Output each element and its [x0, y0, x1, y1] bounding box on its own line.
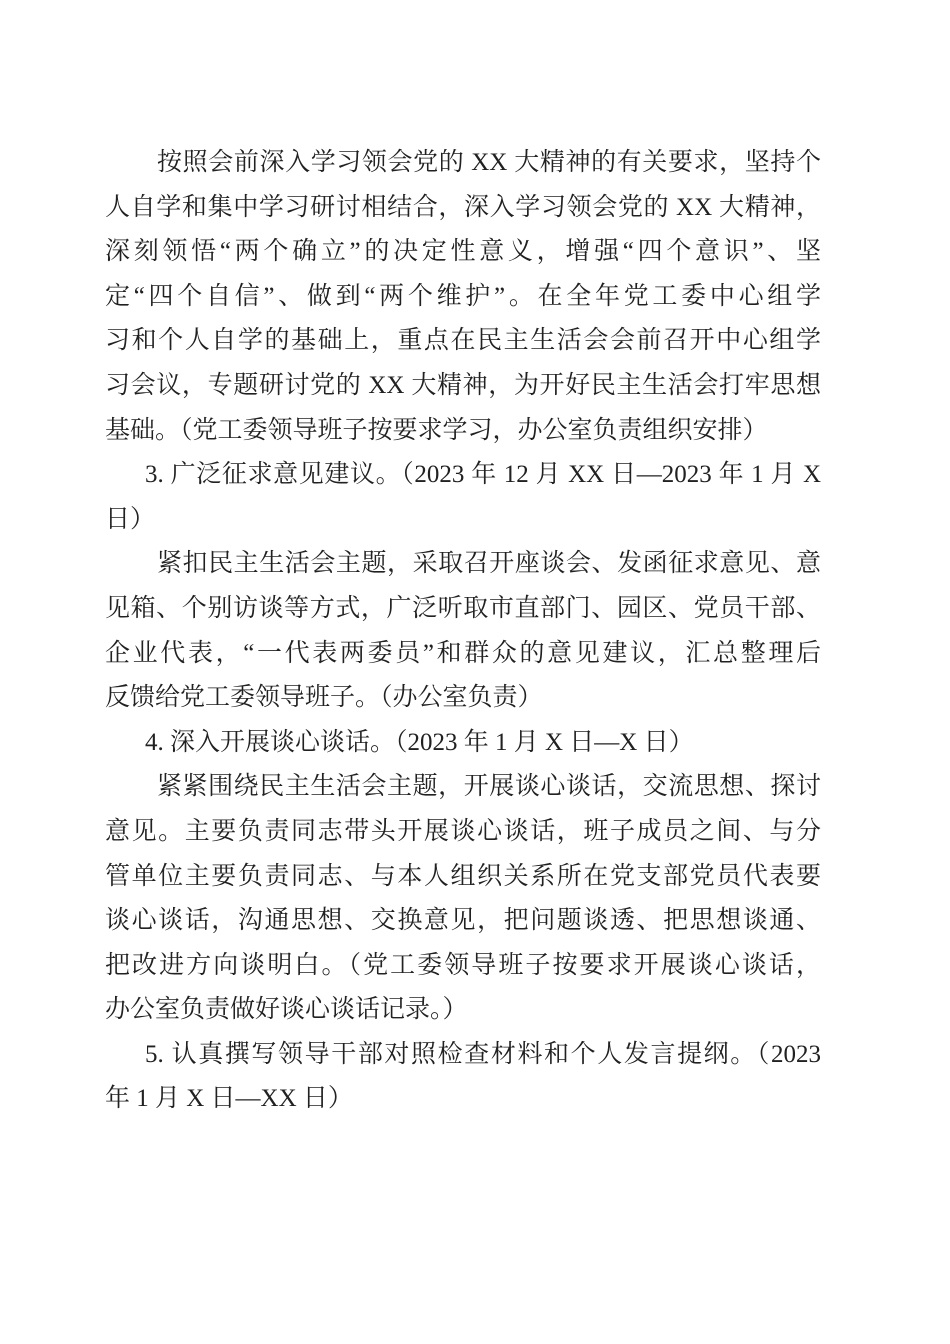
paragraph: 按照会前深入学习领会党的 XX 大精神的有关要求，坚持个人自学和集中学习研讨相结… — [105, 141, 821, 453]
text-line: 基础。（党工委领导班子按要求学习，办公室负责组织安排） — [105, 409, 821, 454]
text-line: 按照会前深入学习领会党的 XX 大精神的有关要求，坚持个 — [105, 141, 821, 186]
text-line: 深刻领悟“两个确立”的决定性意义，增强“四个意识”、坚 — [105, 230, 821, 275]
text-line: 日） — [105, 498, 821, 543]
paragraph: 4. 深入开展谈心谈话。（2023 年 1 月 X 日—X 日） — [105, 721, 821, 766]
text-line: 习会议，专题研讨党的 XX 大精神，为开好民主生活会打牢思想 — [105, 364, 821, 409]
text-line: 办公室负责做好谈心谈话记录。） — [105, 988, 821, 1033]
text-line: 管单位主要负责同志、与本人组织关系所在党支部党员代表要 — [105, 855, 821, 900]
text-line: 企业代表，“一代表两委员”和群众的意见建议，汇总整理后 — [105, 632, 821, 677]
text-line: 习和个人自学的基础上，重点在民主生活会会前召开中心组学 — [105, 319, 821, 364]
text-line: 把改进方向谈明白。（党工委领导班子按要求开展谈心谈话， — [105, 944, 821, 989]
paragraph: 紧扣民主生活会主题，采取召开座谈会、发函征求意见、意见箱、个别访谈等方式，广泛听… — [105, 542, 821, 720]
text-line: 紧扣民主生活会主题，采取召开座谈会、发函征求意见、意 — [105, 542, 821, 587]
page-background: 按照会前深入学习领会党的 XX 大精神的有关要求，坚持个人自学和集中学习研讨相结… — [0, 0, 950, 1344]
document-content: 按照会前深入学习领会党的 XX 大精神的有关要求，坚持个人自学和集中学习研讨相结… — [105, 141, 821, 1122]
text-line: 紧紧围绕民主生活会主题，开展谈心谈话，交流思想、探讨 — [105, 765, 821, 810]
text-line: 见箱、个别访谈等方式，广泛听取市直部门、园区、党员干部、 — [105, 587, 821, 632]
text-line: 3. 广泛征求意见建议。（2023 年 12 月 XX 日—2023 年 1 月… — [105, 453, 821, 498]
paragraph: 3. 广泛征求意见建议。（2023 年 12 月 XX 日—2023 年 1 月… — [105, 453, 821, 542]
text-line: 年 1 月 X 日—XX 日） — [105, 1077, 821, 1122]
text-line: 4. 深入开展谈心谈话。（2023 年 1 月 X 日—X 日） — [105, 721, 821, 766]
text-line: 人自学和集中学习研讨相结合，深入学习领会党的 XX 大精神， — [105, 186, 821, 231]
text-line: 谈心谈话，沟通思想、交换意见，把问题谈透、把思想谈通、 — [105, 899, 821, 944]
text-line: 反馈给党工委领导班子。（办公室负责） — [105, 676, 821, 721]
paragraph: 紧紧围绕民主生活会主题，开展谈心谈话，交流思想、探讨意见。主要负责同志带头开展谈… — [105, 765, 821, 1033]
document-page: { "page": { "background": "#ffffff", "te… — [0, 0, 950, 1344]
paragraph: 5. 认真撰写领导干部对照检查材料和个人发言提纲。（2023年 1 月 X 日—… — [105, 1033, 821, 1122]
text-line: 意见。主要负责同志带头开展谈心谈话，班子成员之间、与分 — [105, 810, 821, 855]
text-line: 定“四个自信”、做到“两个维护”。在全年党工委中心组学 — [105, 275, 821, 320]
text-line: 5. 认真撰写领导干部对照检查材料和个人发言提纲。（2023 — [105, 1033, 821, 1078]
